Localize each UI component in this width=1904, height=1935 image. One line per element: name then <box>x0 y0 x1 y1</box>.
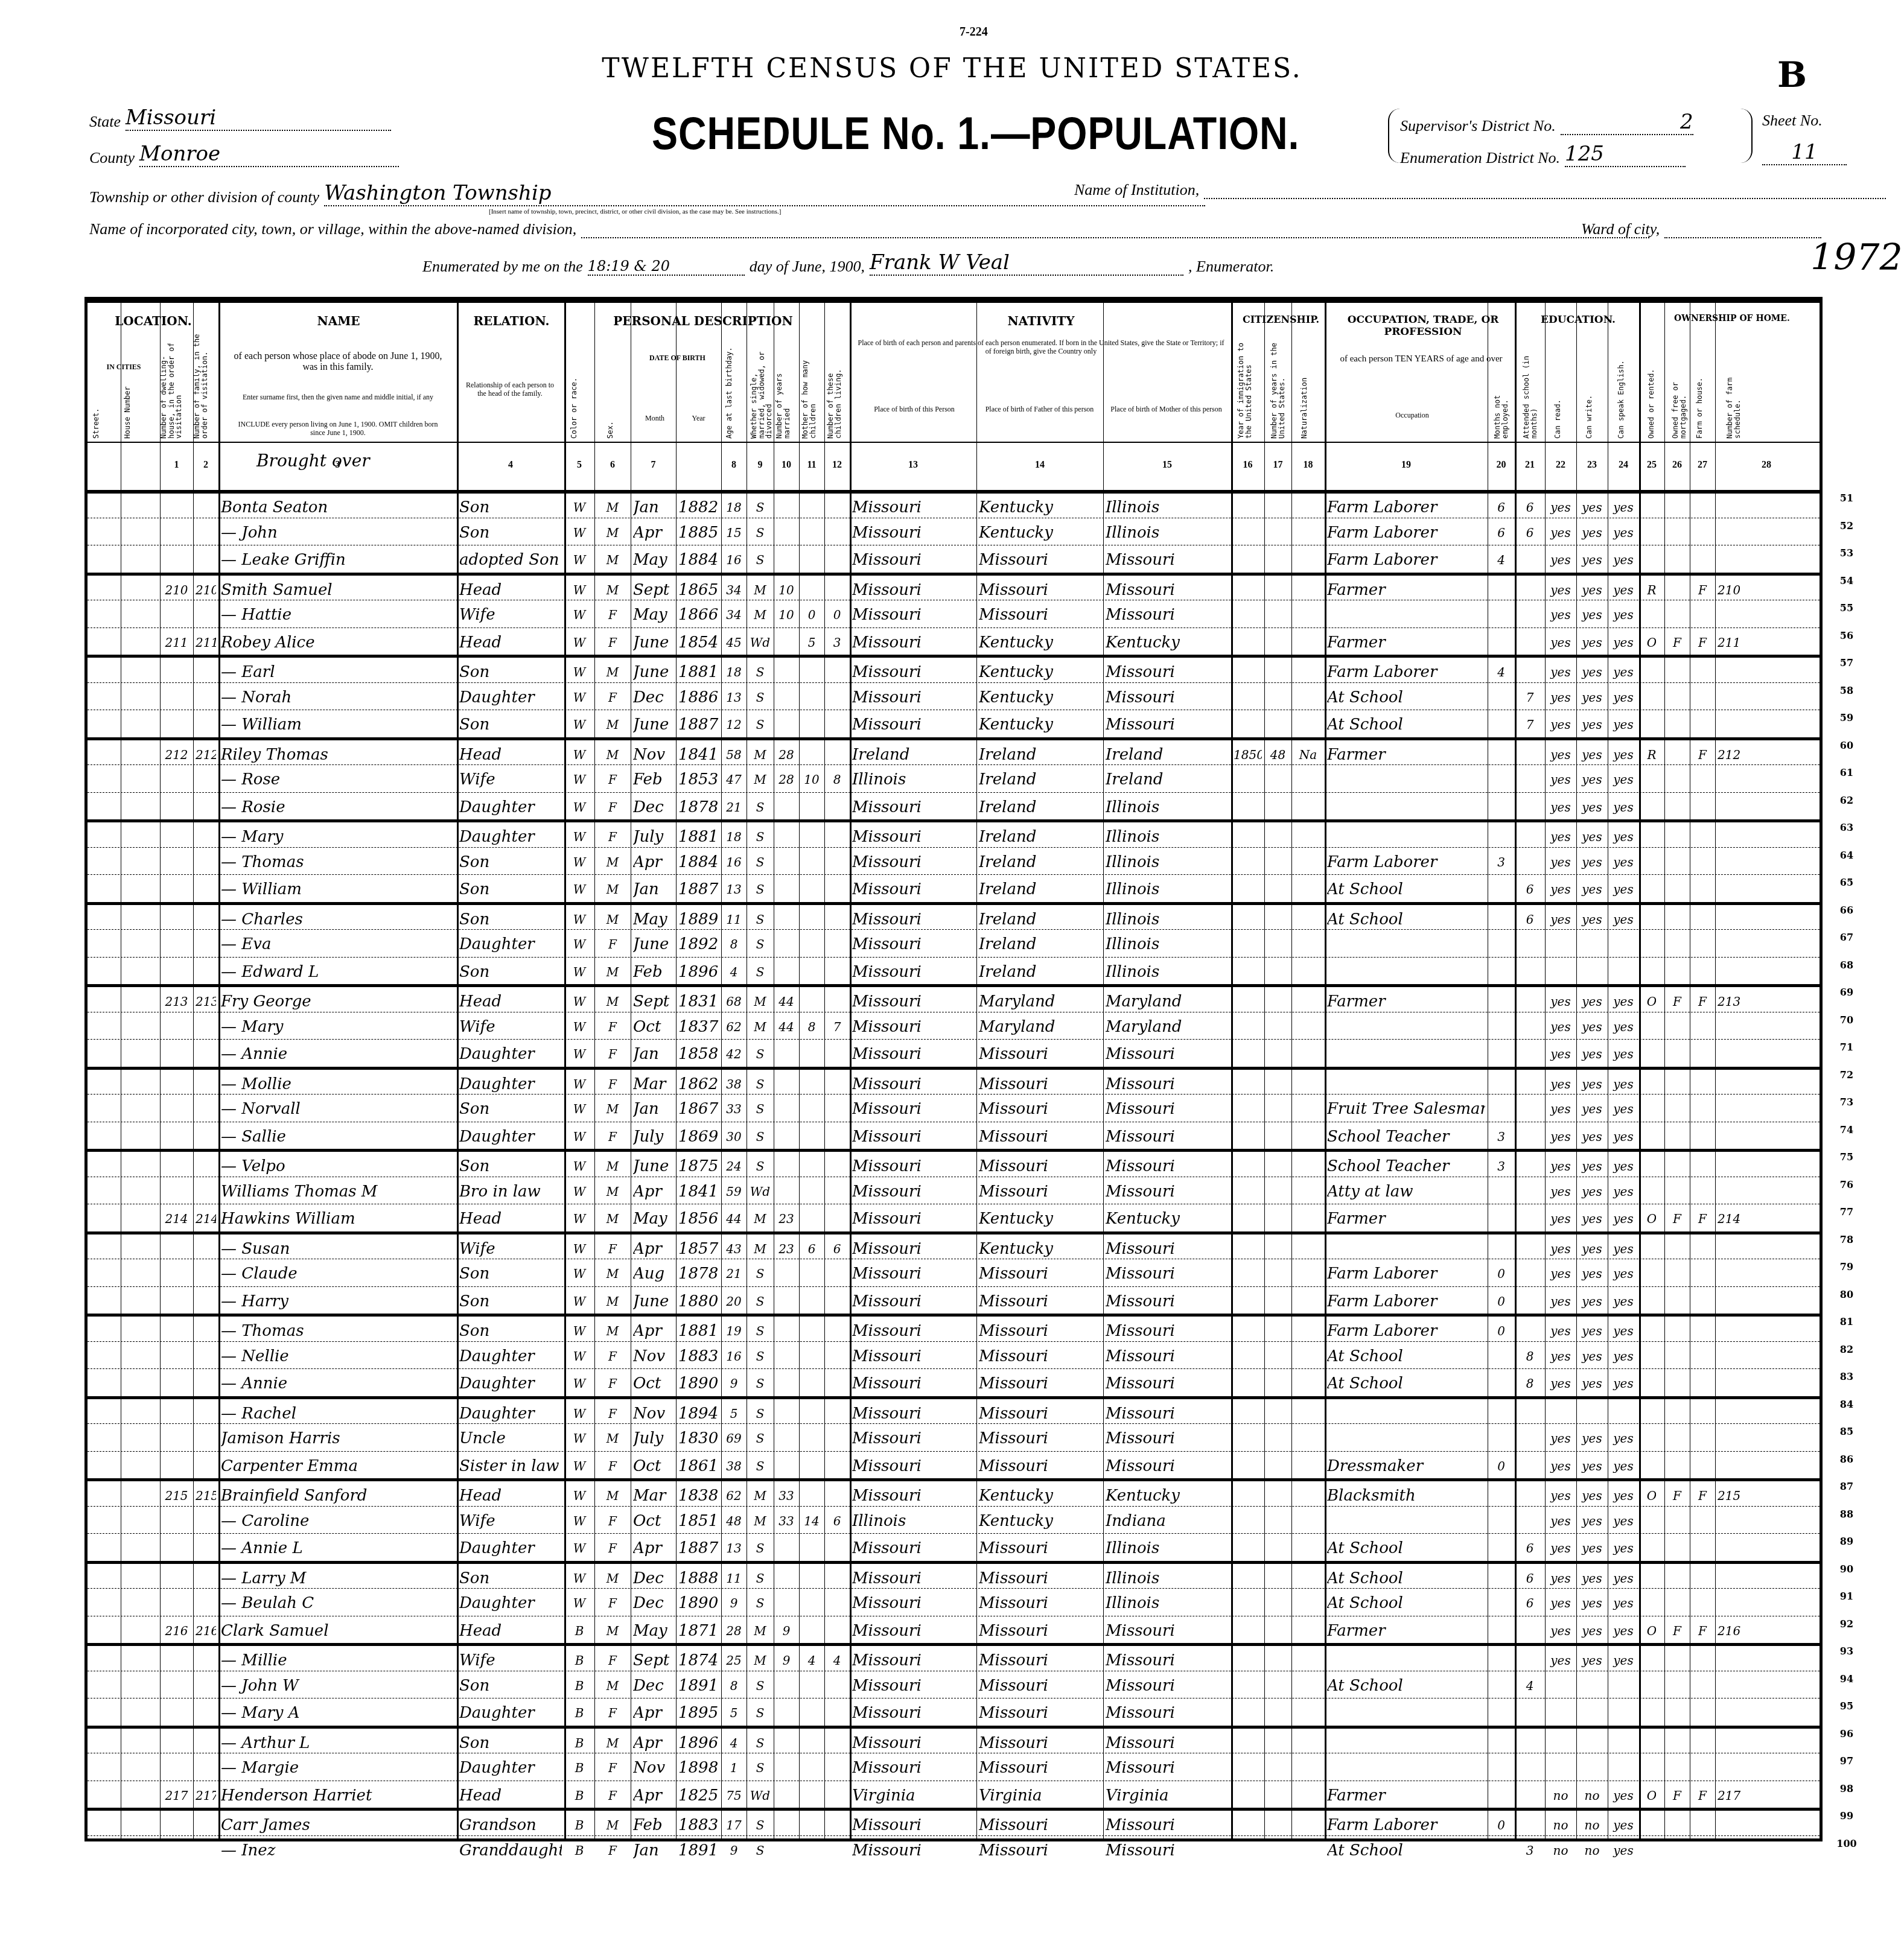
cell-imm <box>1234 1784 1262 1808</box>
cell-marital: M <box>749 1619 771 1643</box>
table-row: Bonta SeatonSonWMJan188218SMissouriKentu… <box>88 490 1820 521</box>
state-value: Missouri <box>126 106 391 131</box>
cell-color: W <box>567 1344 592 1368</box>
column-number: 13 <box>850 460 976 471</box>
cell-dwelling <box>162 548 191 572</box>
cell-nat <box>1294 603 1322 627</box>
cell-ym <box>776 1536 797 1560</box>
cell-relation: adopted Son <box>459 548 562 572</box>
cell-mort <box>1667 850 1687 874</box>
cell-living <box>827 660 847 684</box>
cell-mort <box>1667 1813 1687 1837</box>
cell-occ: At School <box>1327 685 1485 710</box>
cell-mort: F <box>1667 1207 1687 1231</box>
cell-eng <box>1610 1701 1637 1725</box>
cell-own <box>1641 1756 1662 1780</box>
cell-eng: yes <box>1610 603 1637 627</box>
cell-color: W <box>567 603 592 627</box>
cell-farm <box>1692 1701 1713 1725</box>
line-number: 80 <box>1835 1289 1859 1300</box>
cell-ym <box>776 1319 797 1343</box>
enumerator-name: Frank W Veal <box>870 250 1183 276</box>
table-row: — MillieWifeBFSept187425M944MissouriMiss… <box>88 1643 1820 1674</box>
cell-color: W <box>567 1154 592 1178</box>
cell-bpm: Missouri <box>1106 1619 1229 1643</box>
cell-imm <box>1234 1756 1262 1780</box>
cell-relation: Head <box>459 743 562 767</box>
institution-field: Name of Institution, <box>1074 181 1886 199</box>
cell-sched <box>1718 1072 1815 1096</box>
cell-year: 1890 <box>678 1591 719 1615</box>
cell-farm <box>1692 1591 1713 1615</box>
cell-marital: S <box>749 877 771 901</box>
cell-eng: yes <box>1610 1838 1637 1863</box>
cell-read: yes <box>1547 907 1574 932</box>
cell-sched <box>1718 1591 1815 1615</box>
cell-bp: Missouri <box>852 1536 974 1560</box>
cell-school: 6 <box>1517 521 1543 545</box>
cell-mort <box>1667 1509 1687 1533</box>
cell-yrs <box>1267 1701 1289 1725</box>
cell-unemp <box>1490 1731 1512 1755</box>
vh-dwelling: Number of dwelling-house, in the order o… <box>160 333 183 439</box>
cell-ym <box>776 1454 797 1478</box>
cell-bpf: Virginia <box>979 1784 1101 1808</box>
column-number: 28 <box>1715 460 1818 471</box>
cell-sex: M <box>597 1731 628 1755</box>
table-row: Williams Thomas MBro in lawWMApr184159Wd… <box>88 1177 1820 1205</box>
cell-bpm: Kentucky <box>1106 1484 1229 1508</box>
cell-eng: yes <box>1610 1154 1637 1178</box>
cell-eng: yes <box>1610 1371 1637 1396</box>
cell-bp: Missouri <box>852 932 974 956</box>
cell-school <box>1517 1784 1543 1808</box>
cell-occ: Farm Laborer <box>1327 521 1485 545</box>
cell-yrs <box>1267 1072 1289 1096</box>
column-number: 20 <box>1488 460 1515 471</box>
cell-bp: Missouri <box>852 1838 974 1863</box>
cell-color: W <box>567 1042 592 1066</box>
cell-marital: S <box>749 1402 771 1426</box>
table-row: — NorvallSonWMJan186733SMissouriMissouri… <box>88 1094 1820 1122</box>
cell-mort <box>1667 495 1687 519</box>
cell-ym <box>776 960 797 984</box>
cell-relation: Son <box>459 1097 562 1121</box>
cell-sched <box>1718 960 1815 984</box>
cell-farm <box>1692 1509 1713 1533</box>
cell-nat <box>1294 1180 1322 1204</box>
cell-occ: At School <box>1327 1838 1485 1863</box>
cell-marital: M <box>749 1484 771 1508</box>
cell-mort <box>1667 1402 1687 1426</box>
cell-year: 1825 <box>678 1784 719 1808</box>
cell-family <box>196 1154 216 1178</box>
cell-read: no <box>1547 1784 1574 1808</box>
cell-mort <box>1667 1838 1687 1863</box>
cell-bpf: Kentucky <box>979 660 1101 684</box>
table-row: — MaryWifeWFOct183762M4487MissouriMaryla… <box>88 1012 1820 1040</box>
cell-name: — Arthur L <box>221 1731 454 1755</box>
cell-write: yes <box>1579 521 1605 545</box>
cell-color: W <box>567 877 592 901</box>
cell-month: Oct <box>633 1371 673 1396</box>
cell-nat <box>1294 1454 1322 1478</box>
cell-write: yes <box>1579 1042 1605 1066</box>
cell-school <box>1517 1619 1543 1643</box>
cell-bpm: Illinois <box>1106 521 1229 545</box>
cell-eng: yes <box>1610 1648 1637 1673</box>
cell-born: 4 <box>801 1648 822 1673</box>
cell-bpf: Kentucky <box>979 1237 1101 1261</box>
cell-color: W <box>567 548 592 572</box>
column-number: 26 <box>1664 460 1690 471</box>
cell-mort: F <box>1667 1619 1687 1643</box>
cell-sched <box>1718 685 1815 710</box>
cell-own <box>1641 1731 1662 1755</box>
cell-living <box>827 1784 847 1808</box>
column-number: 10 <box>774 460 799 471</box>
cell-bpf: Missouri <box>979 1262 1101 1286</box>
cell-yrs <box>1267 1154 1289 1178</box>
cell-yrs <box>1267 932 1289 956</box>
ward-value <box>1664 237 1821 238</box>
cell-school <box>1517 603 1543 627</box>
cell-nat <box>1294 767 1322 792</box>
line-number: 52 <box>1835 520 1859 532</box>
city-field: Name of incorporated city, town, or vill… <box>89 220 1649 238</box>
cell-year: 1887 <box>678 877 719 901</box>
cell-dwelling: 213 <box>162 990 191 1014</box>
cell-bp: Missouri <box>852 1454 974 1478</box>
cell-year: 1866 <box>678 603 719 627</box>
cell-family <box>196 1838 216 1863</box>
cell-bp: Missouri <box>852 603 974 627</box>
cell-occ <box>1327 1756 1485 1780</box>
cell-unemp <box>1490 1207 1512 1231</box>
cell-dwelling <box>162 1648 191 1673</box>
cell-sex: F <box>597 603 628 627</box>
cell-sched <box>1718 713 1815 737</box>
cell-bpf: Ireland <box>979 907 1101 932</box>
cell-eng: yes <box>1610 990 1637 1014</box>
cell-age: 19 <box>724 1319 744 1343</box>
cell-own <box>1641 877 1662 901</box>
cell-write <box>1579 1402 1605 1426</box>
cell-write: yes <box>1579 1097 1605 1121</box>
cell-month: Oct <box>633 1509 673 1533</box>
cell-school <box>1517 548 1543 572</box>
cell-name: — Leake Griffin <box>221 548 454 572</box>
cell-sex: M <box>597 578 628 602</box>
cell-nat <box>1294 685 1322 710</box>
cell-read <box>1547 932 1574 956</box>
line-number: 95 <box>1835 1700 1859 1712</box>
cell-farm <box>1692 1319 1713 1343</box>
cell-occ <box>1327 603 1485 627</box>
cell-age: 24 <box>724 1154 744 1178</box>
cell-marital: S <box>749 1042 771 1066</box>
cell-ym <box>776 795 797 819</box>
cell-unemp <box>1490 960 1512 984</box>
cell-mort <box>1667 1125 1687 1149</box>
cell-eng: yes <box>1610 850 1637 874</box>
table-row: — ThomasSonWMApr188416SMissouriIrelandIl… <box>88 847 1820 875</box>
cell-born <box>801 548 822 572</box>
cell-bpf: Ireland <box>979 767 1101 792</box>
cell-born <box>801 1207 822 1231</box>
cell-own <box>1641 548 1662 572</box>
cell-farm <box>1692 1756 1713 1780</box>
cell-unemp <box>1490 1509 1512 1533</box>
supervisor-label: Supervisor's District No. <box>1400 117 1556 135</box>
cell-sched <box>1718 1237 1815 1261</box>
cell-living <box>827 1207 847 1231</box>
cell-yrs <box>1267 1566 1289 1590</box>
cell-bpm: Missouri <box>1106 1042 1229 1066</box>
cell-sex: F <box>597 825 628 849</box>
cell-bpm: Kentucky <box>1106 631 1229 655</box>
cell-year: 1841 <box>678 1180 719 1204</box>
cell-occ <box>1327 1509 1485 1533</box>
cell-family <box>196 767 216 792</box>
cell-bpf: Ireland <box>979 960 1101 984</box>
cell-own: O <box>1641 990 1662 1014</box>
cell-name: — Hattie <box>221 603 454 627</box>
cell-yrs <box>1267 1344 1289 1368</box>
cell-dwelling <box>162 713 191 737</box>
township-field: Township or other division of county Was… <box>89 181 1205 206</box>
cell-write: yes <box>1579 1319 1605 1343</box>
column-number: 7 <box>631 460 676 471</box>
cell-sched <box>1718 660 1815 684</box>
cell-relation: Bro in law <box>459 1180 562 1204</box>
cell-write: yes <box>1579 767 1605 792</box>
cell-occ: Farmer <box>1327 631 1485 655</box>
cell-bpf: Missouri <box>979 1619 1101 1643</box>
cell-family: 213 <box>196 990 216 1014</box>
column-number: 1 <box>160 460 193 471</box>
cell-school: 3 <box>1517 1838 1543 1863</box>
cell-color: B <box>567 1813 592 1837</box>
cell-read: yes <box>1547 1042 1574 1066</box>
cell-age: 68 <box>724 990 744 1014</box>
cell-name: Bonta Seaton <box>221 495 454 519</box>
cell-age: 17 <box>724 1813 744 1837</box>
table-row: — HarrySonWMJune188020SMissouriMissouriM… <box>88 1286 1820 1315</box>
cell-born <box>801 1756 822 1780</box>
cell-school <box>1517 631 1543 655</box>
cell-month: Aug <box>633 1262 673 1286</box>
cell-sched <box>1718 1371 1815 1396</box>
cell-family <box>196 685 216 710</box>
cell-age: 33 <box>724 1097 744 1121</box>
cell-unemp: 3 <box>1490 1154 1512 1178</box>
cell-sched <box>1718 1648 1815 1673</box>
cell-yrs <box>1267 795 1289 819</box>
cell-eng: yes <box>1610 1015 1637 1039</box>
cell-farm <box>1692 1426 1713 1450</box>
cell-sex: F <box>597 1042 628 1066</box>
cell-school <box>1517 1125 1543 1149</box>
cell-bp: Missouri <box>852 1701 974 1725</box>
cell-name: — John W <box>221 1674 454 1698</box>
cell-bpf: Ireland <box>979 932 1101 956</box>
cell-color: W <box>567 1484 592 1508</box>
cell-marital: S <box>749 1731 771 1755</box>
cell-yrs <box>1267 1262 1289 1286</box>
cell-family <box>196 1756 216 1780</box>
cell-name: — Thomas <box>221 850 454 874</box>
cell-born <box>801 1319 822 1343</box>
cell-write: yes <box>1579 1289 1605 1314</box>
group-nativity: NATIVITY <box>848 314 1234 328</box>
cell-eng <box>1610 932 1637 956</box>
cell-ym <box>776 631 797 655</box>
cell-living <box>827 495 847 519</box>
cell-read: yes <box>1547 1344 1574 1368</box>
cell-bp: Missouri <box>852 850 974 874</box>
cell-color: W <box>567 1536 592 1560</box>
line-number: 96 <box>1835 1728 1859 1740</box>
cell-color: W <box>567 907 592 932</box>
cell-write <box>1579 1701 1605 1725</box>
cell-unemp <box>1490 1484 1512 1508</box>
cell-read: yes <box>1547 521 1574 545</box>
cell-imm <box>1234 1371 1262 1396</box>
cell-bp: Missouri <box>852 713 974 737</box>
cell-month: Nov <box>633 1402 673 1426</box>
cell-write: yes <box>1579 795 1605 819</box>
line-number: 88 <box>1835 1508 1859 1520</box>
cell-born <box>801 1262 822 1286</box>
cell-write: no <box>1579 1784 1605 1808</box>
cell-school <box>1517 1042 1543 1066</box>
cell-read: yes <box>1547 1097 1574 1121</box>
cell-family <box>196 548 216 572</box>
cell-living <box>827 877 847 901</box>
cell-age: 69 <box>724 1426 744 1450</box>
cell-bp: Illinois <box>852 1509 974 1533</box>
cell-bpf: Missouri <box>979 1536 1101 1560</box>
cell-born <box>801 1484 822 1508</box>
table-row: 212212Riley ThomasHeadWMNov184158M28Irel… <box>88 737 1820 768</box>
cell-bpf: Missouri <box>979 1072 1101 1096</box>
cell-write: yes <box>1579 578 1605 602</box>
column-number: 14 <box>976 460 1103 471</box>
cell-nat <box>1294 1402 1322 1426</box>
cell-imm <box>1234 1566 1262 1590</box>
cell-yrs <box>1267 1371 1289 1396</box>
cell-name: — Annie <box>221 1371 454 1396</box>
cell-family <box>196 1426 216 1450</box>
cell-bpf: Missouri <box>979 1454 1101 1478</box>
cell-living <box>827 1701 847 1725</box>
cell-own <box>1641 1154 1662 1178</box>
state-field: State Missouri <box>89 106 391 131</box>
cell-born <box>801 795 822 819</box>
group-ownership: OWNERSHIP OF HOME. <box>1641 314 1823 323</box>
cell-school <box>1517 660 1543 684</box>
cell-sex: F <box>597 1125 628 1149</box>
cell-year: 1890 <box>678 1371 719 1396</box>
cell-name: — Mary <box>221 825 454 849</box>
group-name: NAME <box>220 314 457 328</box>
cell-relation: Wife <box>459 1509 562 1533</box>
cell-year: 1869 <box>678 1125 719 1149</box>
cell-month: Apr <box>633 850 673 874</box>
cell-marital: M <box>749 743 771 767</box>
cell-dwelling <box>162 1509 191 1533</box>
cell-read: yes <box>1547 767 1574 792</box>
cell-sex: F <box>597 1591 628 1615</box>
cell-school <box>1517 578 1543 602</box>
cell-living <box>827 578 847 602</box>
enumerator-label: , Enumerator. <box>1188 258 1274 276</box>
cell-living <box>827 1042 847 1066</box>
cell-marital: S <box>749 1566 771 1590</box>
occupation-sub: Occupation <box>1334 411 1491 420</box>
cell-imm <box>1234 1674 1262 1698</box>
cell-nat: Na <box>1294 743 1322 767</box>
cell-relation: Son <box>459 877 562 901</box>
cell-age: 18 <box>724 660 744 684</box>
cell-bp: Missouri <box>852 521 974 545</box>
cell-name: — Charles <box>221 907 454 932</box>
cell-month: Apr <box>633 1237 673 1261</box>
cell-dwelling <box>162 1344 191 1368</box>
cell-living <box>827 1371 847 1396</box>
cell-name: — Rachel <box>221 1402 454 1426</box>
cell-occ <box>1327 1426 1485 1450</box>
cell-born <box>801 990 822 1014</box>
cell-month: June <box>633 660 673 684</box>
cell-name: — Larry M <box>221 1566 454 1590</box>
cell-bpm: Missouri <box>1106 1371 1229 1396</box>
table-row: 215215Brainfield SanfordHeadWMMar183862M… <box>88 1478 1820 1509</box>
cell-school: 6 <box>1517 495 1543 519</box>
ward-field: Ward of city, <box>1581 220 1821 238</box>
cell-living <box>827 1566 847 1590</box>
cell-bpm: Missouri <box>1106 660 1229 684</box>
cell-write: yes <box>1579 1648 1605 1673</box>
cell-nat <box>1294 907 1322 932</box>
cell-name: Carr James <box>221 1813 454 1837</box>
cell-living <box>827 685 847 710</box>
cell-occ <box>1327 1701 1485 1725</box>
cell-eng: yes <box>1610 795 1637 819</box>
cell-family <box>196 1319 216 1343</box>
cell-sex: F <box>597 1072 628 1096</box>
line-number: 85 <box>1835 1426 1859 1437</box>
cell-imm <box>1234 1838 1262 1863</box>
cell-mort <box>1667 1566 1687 1590</box>
cell-family <box>196 932 216 956</box>
vh-mother-of: Mother of how many children <box>801 339 817 439</box>
cell-read: yes <box>1547 1484 1574 1508</box>
cell-read: no <box>1547 1838 1574 1863</box>
cell-yrs <box>1267 1097 1289 1121</box>
cell-name: — Norvall <box>221 1097 454 1121</box>
cell-sched <box>1718 850 1815 874</box>
cell-nat <box>1294 521 1322 545</box>
cell-month: Mar <box>633 1072 673 1096</box>
cell-write: yes <box>1579 713 1605 737</box>
cell-own <box>1641 1674 1662 1698</box>
cell-write: yes <box>1579 1591 1605 1615</box>
cell-unemp: 3 <box>1490 1125 1512 1149</box>
cell-sched <box>1718 1262 1815 1286</box>
cell-family: 215 <box>196 1484 216 1508</box>
